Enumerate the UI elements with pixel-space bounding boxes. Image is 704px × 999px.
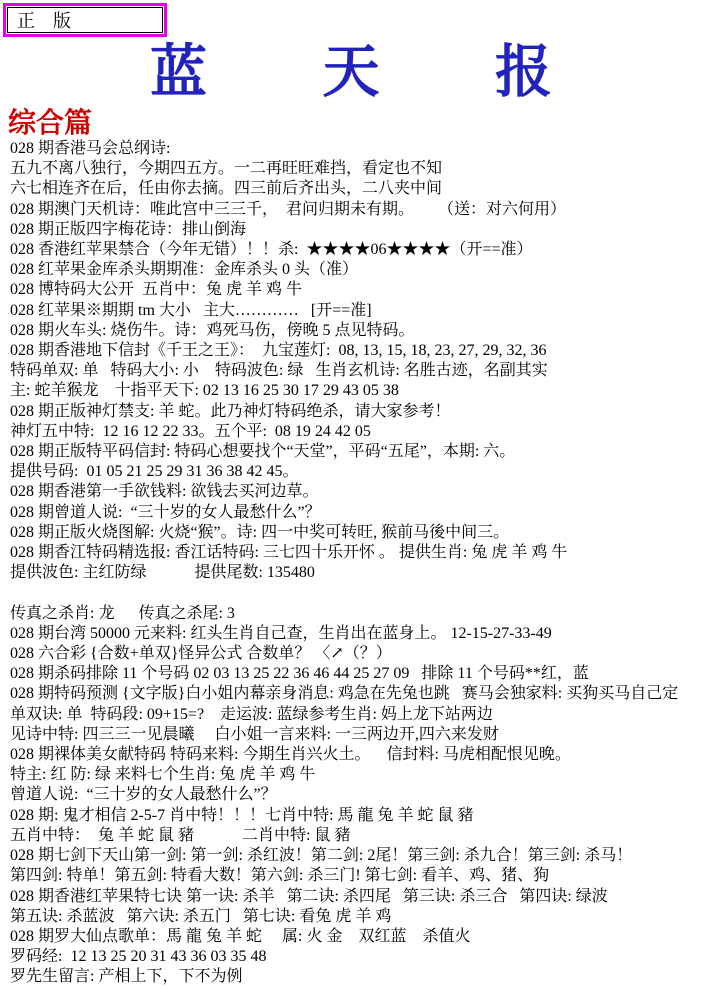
blank-line — [10, 583, 700, 603]
text-line: 五肖中特： 兔 羊 蛇 鼠 豬 二肖中特: 鼠 豬 — [10, 826, 700, 846]
text-line: 第五诀: 杀蓝波 第六诀: 杀五门 第七诀: 看兔 虎 羊 鸡 — [10, 907, 700, 927]
text-line: 028 期: 鬼才相信 2-5-7 肖中特！！！七肖中特: 馬 龍 兔 羊 蛇 … — [10, 806, 700, 826]
text-line: 028 红苹果金库杀头期期准：金库杀头 0 头（准） — [10, 260, 700, 280]
text-line: 028 博特码大公开 五肖中：兔 虎 羊 鸡 牛 — [10, 280, 700, 300]
text-line: 提供波色: 主红防绿 提供尾数: 135480 — [10, 563, 700, 583]
text-line: 028 期正版火烧图解: 火烧“猴”。诗: 四一中奖可转旺, 猴前马後中间三。 — [10, 523, 700, 543]
text-line: 神灯五中特: 12 16 12 22 33。五个平: 08 19 24 42 0… — [10, 422, 700, 442]
text-line: 028 期香港马会总纲诗: — [10, 139, 700, 159]
text-line: 028 期香港地下信封《千王之王》： 九宝莲灯: 08, 13, 15, 18,… — [10, 341, 700, 361]
text-line: 028 期正版四字梅花诗：排山倒海 — [10, 220, 700, 240]
title-char-2: 天 — [323, 26, 380, 108]
text-line: 五九不离八独行，今期四五方。一二再旺旺难挡，看定也不知 — [10, 159, 700, 179]
text-line: 曾道人说: “三十岁的女人最愁什么”？ — [10, 785, 700, 805]
text-line: 罗码经: 12 13 25 20 31 43 36 03 35 48 — [10, 947, 700, 967]
text-line: 028 期火车头: 烧伤牛。诗：鸡死马伤，傍晚 5 点见特码。 — [10, 321, 700, 341]
text-line: 028 期杀码排除 11 个号码 02 03 13 25 22 36 46 44… — [10, 664, 700, 684]
text-line: 028 期罗大仙点歌单：馬 龍 兔 羊 蛇 属: 火 金 双红蓝 杀值火 — [10, 927, 700, 947]
authentic-badge-label: 正 版 — [7, 7, 163, 33]
authentic-badge: 正 版 — [3, 3, 167, 37]
lantian-report-page: 正 版 蓝天报 综合篇 028 期香港马会总纲诗:五九不离八独行，今期四五方。一… — [0, 0, 704, 999]
text-line: 单双诀: 单 特码段: 09+15=? 走运波: 蓝绿参考生肖: 妈上龙下站两边 — [10, 705, 700, 725]
text-line: 028 香港红苹果禁合（今年无错）！！杀: ★★★★06★★★★（开==准） — [10, 240, 700, 260]
text-line: 028 期香港第一手欲钱料: 欲钱去买河边草。 — [10, 482, 700, 502]
text-line: 028 期台湾 50000 元来料: 红头生肖自己查，生肖出在蓝身上。 12-1… — [10, 624, 700, 644]
title-char-1: 蓝 — [150, 26, 207, 108]
text-line: 028 期曾道人说: “三十岁的女人最愁什么”？ — [10, 503, 700, 523]
text-line: 传真之杀肖: 龙 传真之杀尾: 3 — [10, 604, 700, 624]
text-line: 028 期特码预测 {文字版}白小姐内幕亲身消息: 鸡急在先兔也跳 赛马会独家料… — [10, 684, 700, 704]
text-line: 第四剑: 特单！第五剑: 特看大数！第六剑: 杀三门! 第七剑: 看羊、鸡、猪、… — [10, 866, 700, 886]
text-line: 028 期澳门天机诗：唯此宫中三三千， 君问归期未有期。 （送：对六何用） — [10, 200, 700, 220]
text-line: 028 期正版神灯禁支: 羊 蛇。此乃神灯特码绝杀，请大家参考！ — [10, 402, 700, 422]
text-line: 特码单双: 单 特码大小: 小 特码波色: 绿 生肖玄机诗: 名胜古迹，名副其实 — [10, 361, 700, 381]
text-line: 六七相连齐在后，任由你去摘。四三前后齐出头，二八夹中间 — [10, 179, 700, 199]
title-char-3: 报 — [495, 26, 552, 108]
text-line: 主: 蛇羊猴龙 十指平天下: 02 13 16 25 30 17 29 43 0… — [10, 381, 700, 401]
text-line: 见诗中特: 四三三一见晨曦 白小姐一言来料: 一三两边开,四六来发财 — [10, 725, 700, 745]
content-lines: 028 期香港马会总纲诗:五九不离八独行，今期四五方。一二再旺旺难挡，看定也不知… — [10, 139, 700, 988]
text-line: 028 期裸体美女献特码 特码来料: 今期生肖兴火土。 信封料: 马虎相配恨见晚… — [10, 745, 700, 765]
text-line: 028 六合彩 {合数+单双}怪异公式 合数单？ 〈↗（？） — [10, 644, 700, 664]
text-line: 028 期香港红苹果特七诀 第一诀: 杀羊 第二诀: 杀四尾 第三诀: 杀三合 … — [10, 887, 700, 907]
text-line: 特主: 红 防: 绿 来料七个生肖: 兔 虎 羊 鸡 牛 — [10, 765, 700, 785]
text-line: 028 红苹果※期期 tm 大小 主大………… [开==准] — [10, 301, 700, 321]
text-line: 028 期正版特平码信封: 特码心想要找个“天堂”，平码“五尾”，本期: 六。 — [10, 442, 700, 462]
text-line: 028 期香江特码精选报: 香江话特码: 三七四十乐开怀 。 提供生肖: 兔 虎… — [10, 543, 700, 563]
page-title: 蓝天报 — [150, 36, 552, 98]
text-line: 028 期七剑下天山第一剑: 第一剑: 杀红波！第二剑: 2尾！第三剑: 杀九合… — [10, 846, 700, 866]
section-title: 综合篇 — [8, 101, 92, 141]
text-line: 罗先生留言: 产相上下，下不为例 — [10, 967, 700, 987]
text-line: 提供号码: 01 05 21 25 29 31 36 38 42 45。 — [10, 462, 700, 482]
